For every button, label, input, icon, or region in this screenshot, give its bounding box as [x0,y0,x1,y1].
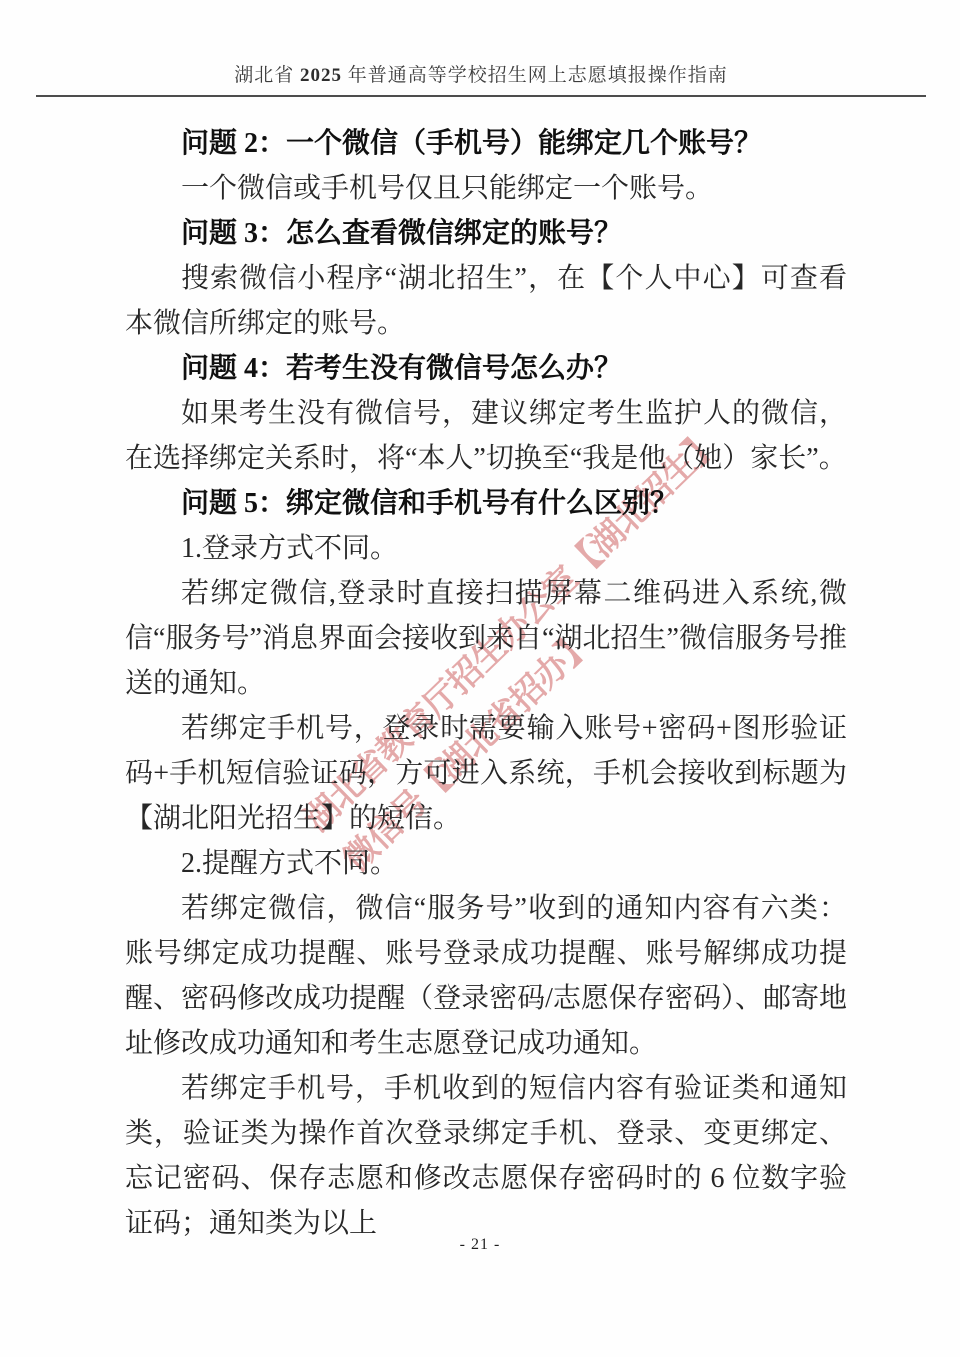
paragraph: 若绑定微信,登录时直接扫描屏幕二维码进入系统,微信“服务号”消息界面会接收到来自… [125,571,847,706]
paragraph: 若绑定手机号，手机收到的短信内容有验证类和通知类，验证类为操作首次登录绑定手机、… [125,1066,847,1246]
paragraph: 搜索微信小程序“湖北招生”，在【个人中心】可查看本微信所绑定的账号。 [125,256,847,346]
question-heading: 问题 4：若考生没有微信号怎么办？ [125,346,847,391]
paragraph: 如果考生没有微信号，建议绑定考生监护人的微信，在选择绑定关系时，将“本人”切换至… [125,391,847,481]
header-title-prefix: 湖北省 [234,65,300,86]
paragraph: 一个微信或手机号仅且只能绑定一个账号。 [125,166,847,211]
header-title-suffix: 年普通高等学校招生网上志愿填报操作指南 [342,65,728,86]
page-header: 湖北省 2025 年普通高等学校招生网上志愿填报操作指南 [36,60,926,97]
question-heading: 问题 2：一个微信（手机号）能绑定几个账号？ [125,121,847,166]
page-number: - 21 - [460,1236,501,1253]
question-heading: 问题 3：怎么查看微信绑定的账号？ [125,211,847,256]
content-area: 问题 2：一个微信（手机号）能绑定几个账号？一个微信或手机号仅且只能绑定一个账号… [125,121,847,1246]
paragraph: 若绑定微信，微信“服务号”收到的通知内容有六类：账号绑定成功提醒、账号登录成功提… [125,886,847,1066]
document-page: 湖北省教育厅招生办公室【湖北招生】 微信号【湖北省招办】 湖北省 2025 年普… [0,0,960,1357]
header-title-year: 2025 [300,65,342,86]
page-footer: - 21 - [0,1236,960,1254]
paragraph: 2.提醒方式不同。 [125,841,847,886]
paragraph: 若绑定手机号，登录时需要输入账号+密码+图形验证码+手机短信验证码，方可进入系统… [125,706,847,841]
question-heading: 问题 5：绑定微信和手机号有什么区别？ [125,481,847,526]
paragraph: 1.登录方式不同。 [125,526,847,571]
